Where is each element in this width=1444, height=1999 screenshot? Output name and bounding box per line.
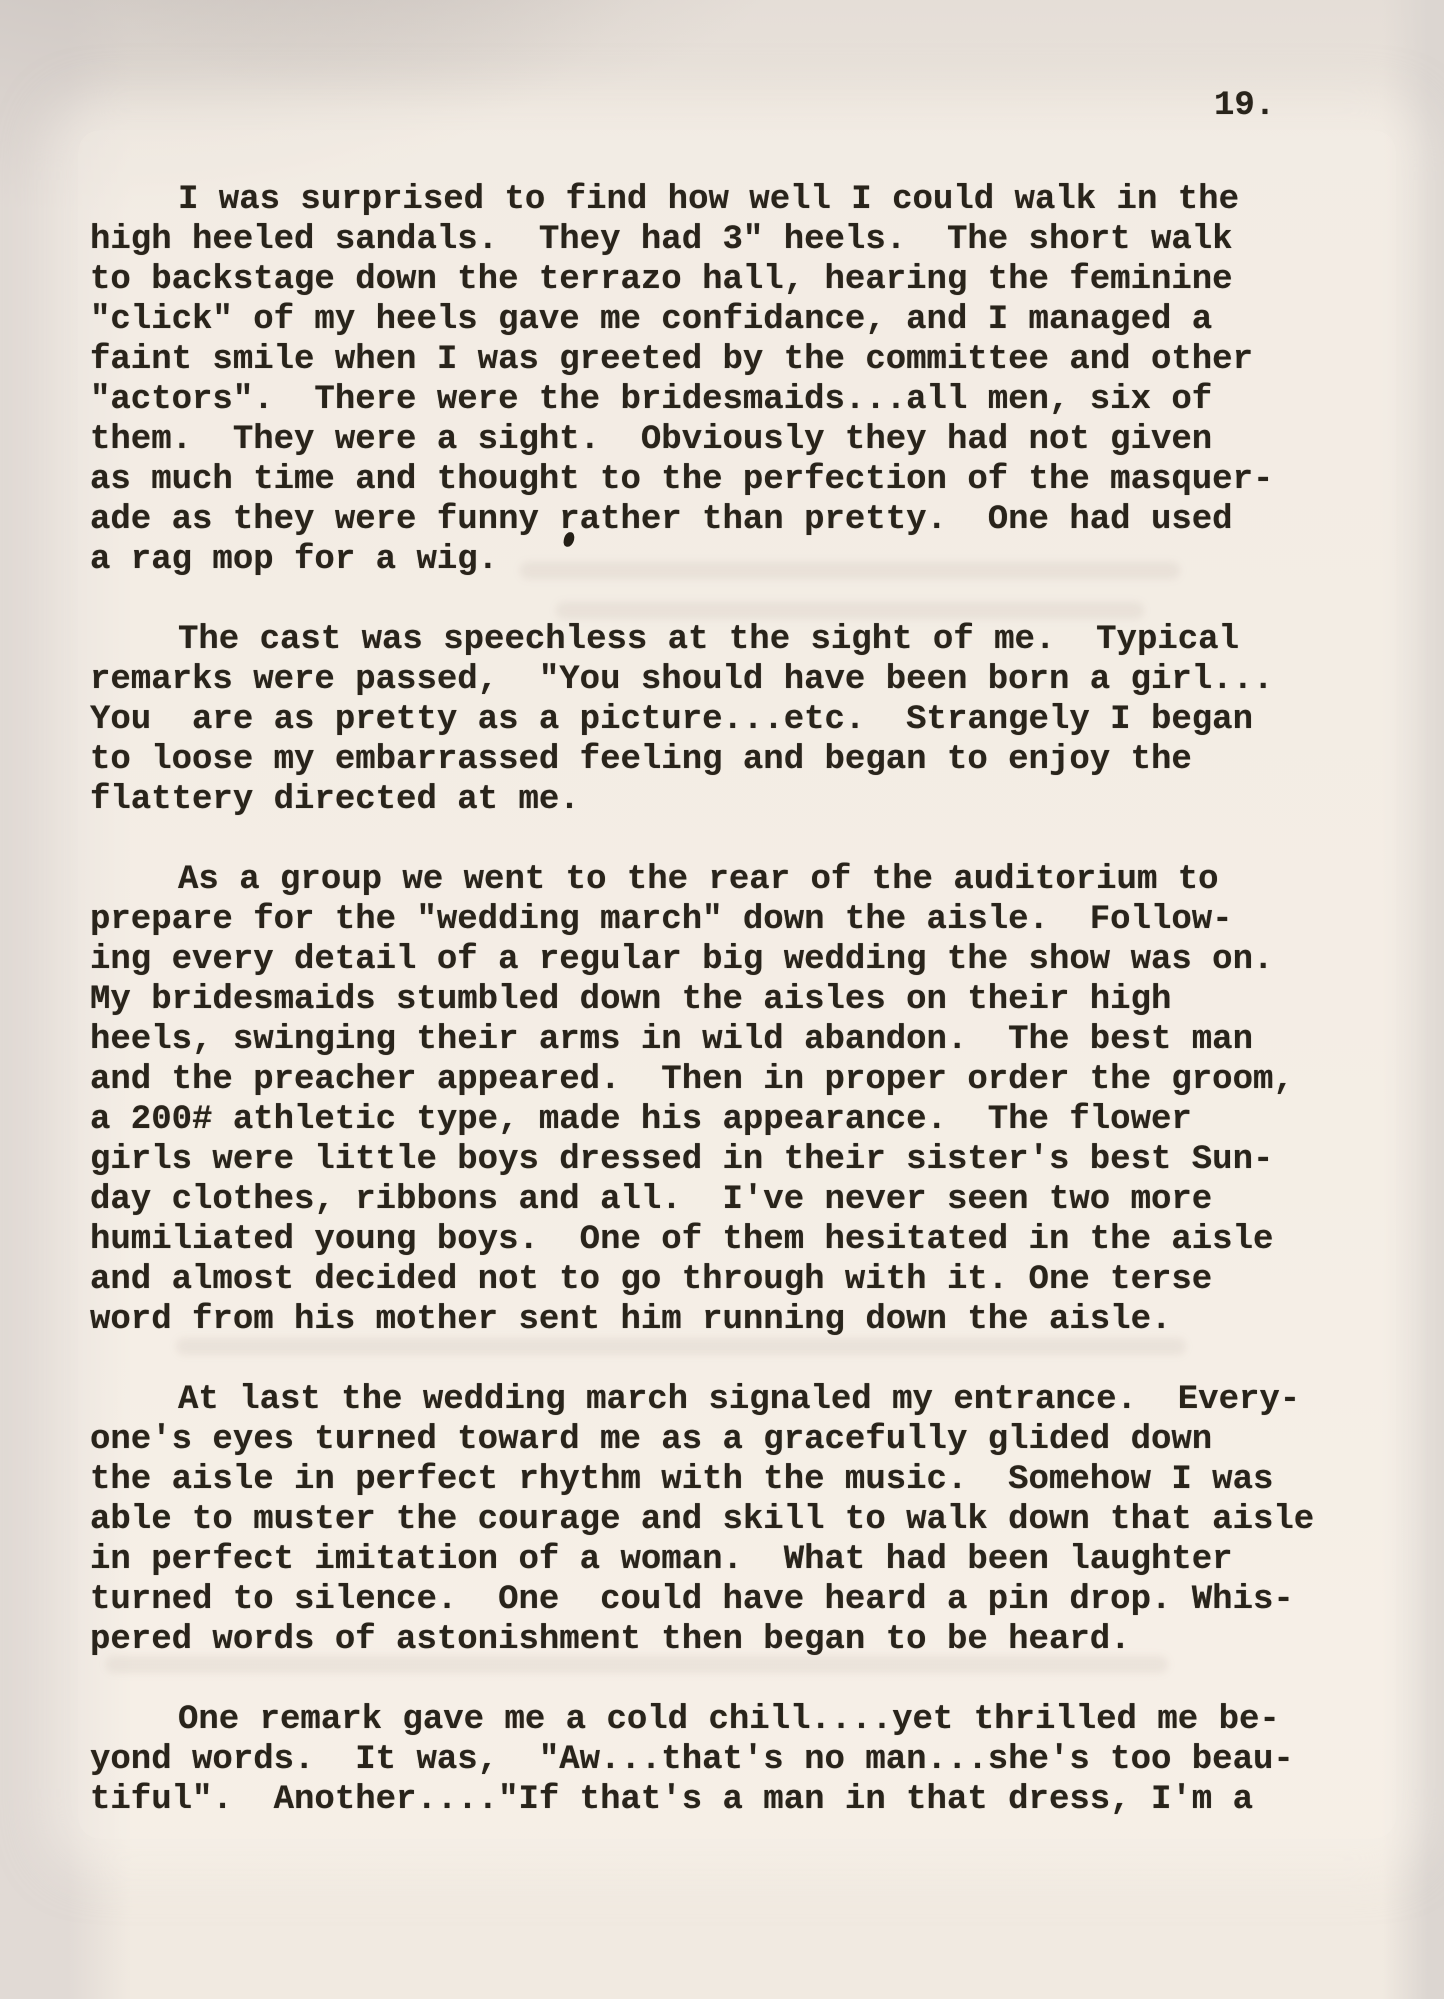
bleed-through-smudge	[520, 562, 1180, 579]
bleed-through-smudge	[106, 1656, 1168, 1673]
bleed-through-smudge	[176, 1338, 1186, 1355]
bleed-through-smudge	[556, 602, 1144, 619]
document-body: I was surprised to find how well I could…	[90, 180, 1380, 1860]
paragraph-4: At last the wedding march signaled my en…	[90, 1380, 1380, 1660]
paragraph-1: I was surprised to find how well I could…	[90, 180, 1380, 580]
paragraph-3: As a group we went to the rear of the au…	[90, 860, 1380, 1340]
paragraph-5: One remark gave me a cold chill....yet t…	[90, 1700, 1380, 1820]
page-number: 19.	[1214, 86, 1275, 126]
paragraph-2: The cast was speechless at the sight of …	[90, 620, 1380, 820]
